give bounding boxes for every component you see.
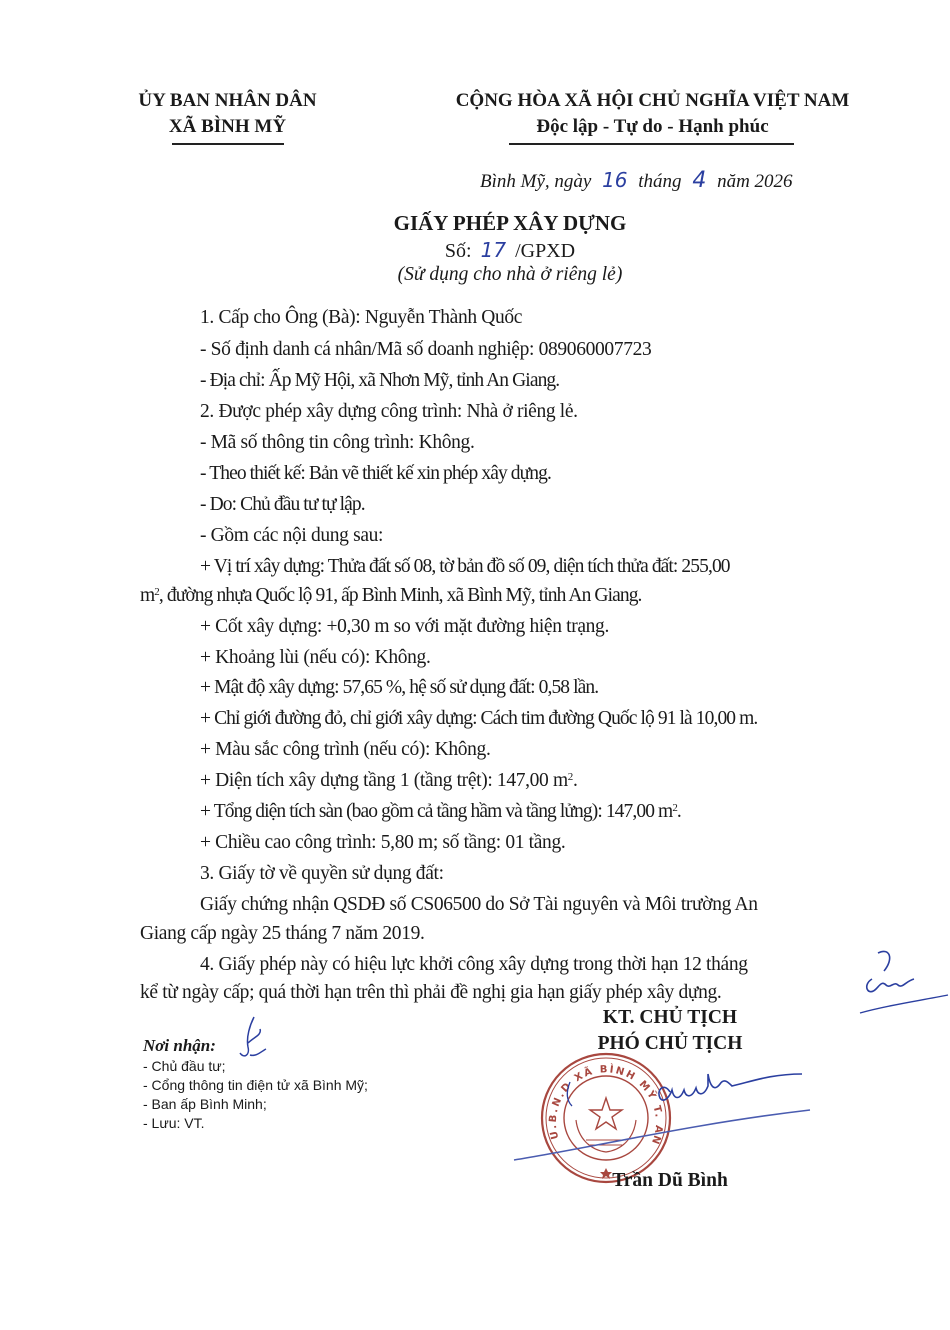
body-line-total-floor-area: + Tổng diện tích sàn (bao gồm cả tầng hầ…	[200, 796, 681, 827]
number-suffix: /GPXD	[515, 240, 575, 262]
date-place: Bình Mỹ, ngày	[480, 171, 591, 192]
body-line-id-number: - Số định danh cá nhân/Mã số doanh nghiệ…	[200, 334, 651, 365]
margin-initials-mark	[858, 945, 950, 1020]
body-line-grantee: 1. Cấp cho Ông (Bà): Nguyễn Thành Quốc	[200, 302, 522, 333]
body-line-height: + Chiều cao công trình: 5,80 m; số tầng:…	[200, 827, 565, 858]
total-area-end: .	[677, 801, 681, 822]
date-month: 4	[692, 168, 706, 193]
body-line-elevation: + Cốt xây dựng: +0,30 m so với mặt đường…	[200, 611, 609, 642]
document-subtitle: (Sử dụng cho nhà ở riêng lẻ)	[300, 264, 720, 286]
national-title: CỘNG HÒA XÃ HỘI CHỦ NGHĨA VIỆT NAM	[405, 88, 900, 114]
handwritten-signature	[510, 1052, 820, 1162]
recipients-list: - Chủ đầu tư; - Cổng thông tin điện tử x…	[143, 1057, 368, 1133]
document-number: Số: 17 /GPXD	[300, 238, 720, 263]
total-area-text: + Tổng diện tích sàn (bao gồm cả tầng hầ…	[200, 801, 672, 822]
body-line-ground-floor-area: + Diện tích xây dựng tầng 1 (tầng trệt):…	[200, 765, 577, 796]
area-unit-sup: 2	[154, 586, 159, 598]
body-line-project-code: - Mã số thông tin công trình: Không.	[200, 427, 474, 458]
body-line-boundary: + Chỉ giới đường đỏ, chỉ giới xây dựng: …	[200, 703, 757, 734]
issue-date: Bình Mỹ, ngày 16 tháng 4 năm 2026	[480, 168, 793, 193]
national-motto: Độc lập - Tự do - Hạnh phúc	[405, 114, 900, 140]
body-line-certificate: Giấy chứng nhận QSDĐ số CS06500 do Sở Tà…	[200, 889, 758, 920]
body-line-certificate-cont: Giang cấp ngày 25 tháng 7 năm 2019.	[140, 918, 425, 949]
body-line-location-cont: m2, đường nhựa Quốc lộ 91, ấp Bình Minh,…	[140, 580, 642, 611]
agency-name: ỦY BAN NHÂN DÂN	[110, 88, 345, 114]
recipient-item: - Lưu: VT.	[143, 1114, 368, 1133]
ground-area-sup: 2	[568, 771, 573, 783]
body-line-density: + Mật độ xây dựng: 57,65 %, hệ số sử dụn…	[200, 672, 598, 703]
ground-area-text: + Diện tích xây dựng tầng 1 (tầng trệt):…	[200, 770, 568, 791]
number-prefix: Số:	[445, 240, 472, 262]
body-line-permitted-work: 2. Được phép xây dựng công trình: Nhà ở …	[200, 396, 578, 427]
recipients-title: Nơi nhận:	[143, 1036, 216, 1056]
date-day: 16	[602, 168, 627, 192]
commune-name: XÃ BÌNH MỸ	[110, 114, 345, 140]
date-month-label: tháng	[638, 171, 681, 192]
body-line-validity-cont: kể từ ngày cấp; quá thời hạn trên thì ph…	[140, 977, 721, 1008]
body-line-validity: 4. Giấy phép này có hiệu lực khởi công x…	[200, 949, 748, 980]
body-line-setback: + Khoảng lùi (nếu có): Không.	[200, 642, 430, 673]
body-line-contents: - Gồm các nội dung sau:	[200, 520, 383, 551]
ground-area-end: .	[573, 770, 578, 791]
recipient-item: - Ban ấp Bình Minh;	[143, 1095, 368, 1114]
number-value: 17	[481, 238, 506, 262]
body-line-address: - Địa chỉ: Ấp Mỹ Hội, xã Nhơn Mỹ, tỉnh A…	[200, 365, 559, 396]
date-year: năm 2026	[717, 171, 792, 192]
body-line-land-docs: 3. Giấy tờ về quyền sử dụng đất:	[200, 858, 444, 889]
body-line-location: + Vị trí xây dựng: Thửa đất số 08, tờ bả…	[200, 551, 730, 582]
body-line-design: - Theo thiết kế: Bản vẽ thiết kế xin phé…	[200, 458, 551, 489]
recipient-item: - Chủ đầu tư;	[143, 1057, 368, 1076]
signer-name: Trần Dũ Bình	[520, 1168, 820, 1194]
header-left-underline	[172, 143, 284, 145]
header-right-underline	[509, 143, 794, 145]
recipient-item: - Cổng thông tin điện tử xã Bình Mỹ;	[143, 1076, 368, 1095]
document-title: GIẤY PHÉP XÂY DỰNG	[300, 211, 720, 236]
location-rest: , đường nhựa Quốc lộ 91, ấp Bình Minh, x…	[159, 585, 642, 606]
body-line-designer: - Do: Chủ đầu tư tự lập.	[200, 489, 365, 520]
signature-title-1: KT. CHỦ TỊCH	[520, 1005, 820, 1031]
body-line-color: + Màu sắc công trình (nếu có): Không.	[200, 734, 490, 765]
total-area-sup: 2	[672, 802, 677, 814]
area-unit: m	[140, 585, 154, 606]
